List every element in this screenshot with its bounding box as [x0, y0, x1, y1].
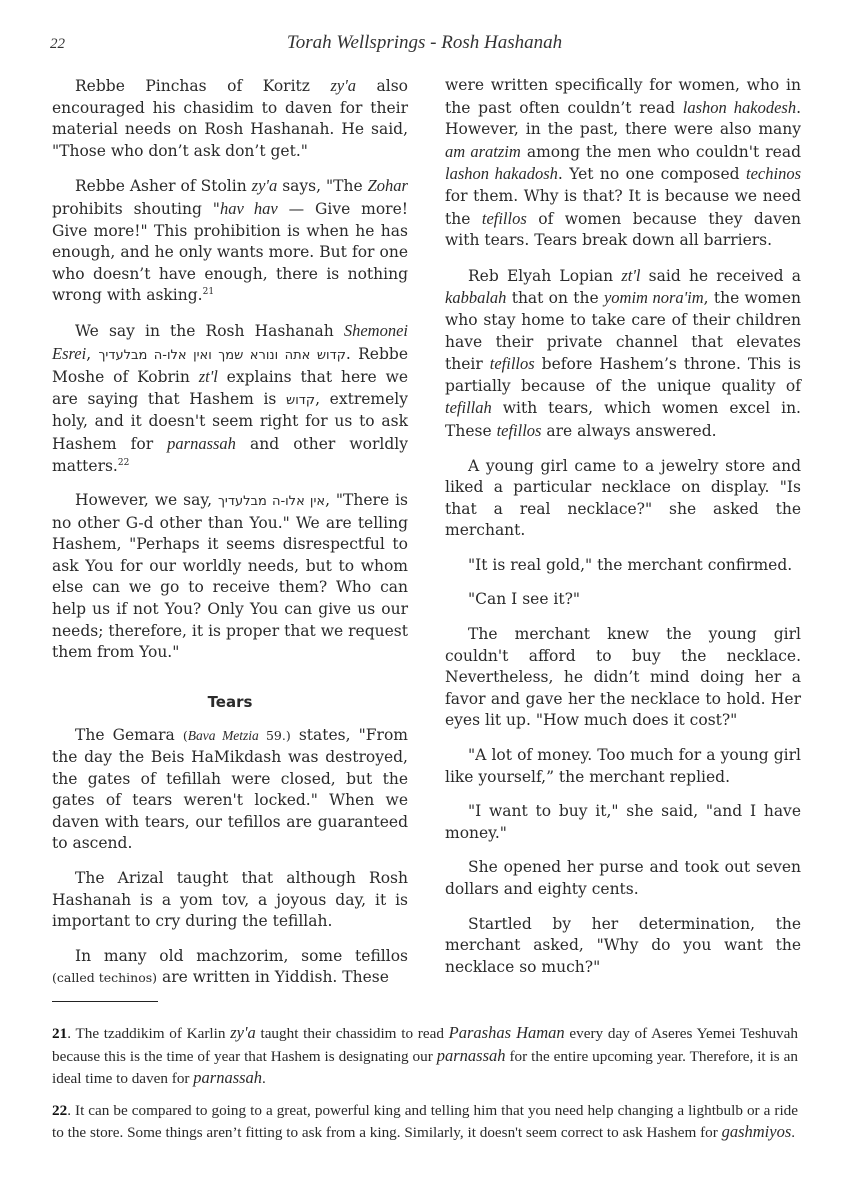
paragraph: In many old machzorim, some tefillos (ca…	[52, 946, 408, 989]
parenthetical: (called techinos)	[52, 970, 157, 985]
italic-text: am aratzim	[445, 142, 521, 161]
paragraph: were written specifically for women, who…	[445, 75, 801, 252]
right-column: were written specifically for women, who…	[445, 75, 801, 991]
text: states, "From the day the Beis HaMikdash…	[52, 726, 408, 852]
text: ,	[86, 345, 98, 363]
text: .	[791, 1124, 795, 1141]
text: . The tzaddikim of Karlin	[67, 1025, 230, 1042]
text: However, we say,	[75, 491, 218, 509]
italic-text: lashon hakodesh	[683, 98, 796, 117]
paragraph: Startled by her determination, the merch…	[445, 914, 801, 979]
text: that on the	[506, 289, 604, 307]
italic-text: tefillos	[497, 421, 542, 440]
italic-text: Bava Metzia	[188, 728, 259, 743]
text: In many old machzorim, some tefillos	[75, 947, 408, 965]
paragraph: Rebbe Asher of Stolin zy'a says, "The Zo…	[52, 175, 408, 307]
hebrew-text: קדוש	[286, 393, 315, 408]
paragraph: "A lot of money. Too much for a young gi…	[445, 745, 801, 788]
paragraph: She opened her purse and took out seven …	[445, 857, 801, 900]
paragraph: The Gemara (Bava Metzia 59.) states, "Fr…	[52, 725, 408, 855]
italic-text: zy'a	[252, 176, 278, 195]
footnote-21: 21. The tzaddikim of Karlin zy'a taught …	[52, 1022, 798, 1090]
italic-text: tefillos	[482, 209, 527, 228]
italic-text: Zohar	[368, 176, 408, 195]
italic-text: zy'a	[230, 1023, 256, 1042]
footnote-divider	[52, 1001, 158, 1002]
paragraph: "Can I see it?"	[445, 589, 801, 611]
italic-text: tefillah	[445, 398, 492, 417]
italic-text: parnassah	[167, 434, 236, 453]
text: Rebbe Asher of Stolin	[75, 177, 252, 195]
italic-text: tefillos	[490, 354, 535, 373]
text: .	[262, 1070, 266, 1087]
footnote-number: 21	[52, 1025, 67, 1042]
text: taught their chassidim to read	[256, 1025, 449, 1042]
italic-text: parnassah	[193, 1068, 262, 1087]
footnote-ref-22[interactable]: 22	[118, 457, 129, 467]
italic-text: yomim nora'im	[604, 288, 704, 307]
italic-text: Parashas Haman	[449, 1023, 565, 1042]
italic-text: zt'l	[199, 367, 218, 386]
italic-text: gashmiyos	[722, 1122, 792, 1141]
section-heading: Tears	[52, 692, 408, 714]
paragraph: The Arizal taught that although Rosh Has…	[52, 868, 408, 933]
italic-text: kabbalah	[445, 288, 506, 307]
italic-text: hav hav	[220, 199, 278, 218]
text: The Gemara	[75, 726, 183, 744]
running-title: Torah Wellsprings - Rosh Hashanah	[0, 32, 849, 54]
left-column: Rebbe Pinchas of Koritz zy'a also encour…	[52, 75, 408, 1002]
hebrew-text: אין אלו-ה מבלעדיך	[218, 494, 325, 509]
text: are always answered.	[541, 422, 716, 440]
footnotes: 21. The tzaddikim of Karlin zy'a taught …	[52, 1022, 798, 1154]
paragraph: We say in the Rosh Hashanah Shemonei Esr…	[52, 320, 408, 477]
text: , "There is no other G-d other than You.…	[52, 491, 408, 661]
italic-text: lashon hakadosh	[445, 164, 558, 183]
italic-text: zt'l	[621, 266, 640, 285]
paragraph: Rebbe Pinchas of Koritz zy'a also encour…	[52, 75, 408, 162]
page-header: 22 Torah Wellsprings - Rosh Hashanah	[0, 32, 849, 58]
text: prohibits shouting "	[52, 200, 220, 218]
text: are written in Yiddish. These	[157, 968, 389, 986]
text: Reb Elyah Lopian	[468, 267, 621, 285]
paragraph: A young girl came to a jewelry store and…	[445, 456, 801, 542]
text: We say in the Rosh Hashanah	[75, 322, 344, 340]
text: . Yet no one composed	[558, 165, 746, 183]
paragraph: Reb Elyah Lopian zt'l said he received a…	[445, 265, 801, 443]
footnote-number: 22	[52, 1102, 67, 1119]
text: . It can be compared to going to a great…	[52, 1102, 798, 1142]
italic-text: zy'a	[330, 76, 356, 95]
italic-text: parnassah	[437, 1046, 506, 1065]
footnote-22: 22. It can be compared to going to a gre…	[52, 1100, 798, 1144]
paragraph: The merchant knew the young girl couldn'…	[445, 624, 801, 732]
citation: (Bava Metzia 59.)	[183, 728, 291, 743]
text: among the men who couldn't read	[521, 143, 801, 161]
hebrew-text: קדוש אתה ונורא שמך ואין אלו-ה מבלעדיך	[98, 348, 345, 363]
footnote-ref-21[interactable]: 21	[203, 287, 214, 297]
text: says, "The	[277, 177, 367, 195]
paragraph: "It is real gold," the merchant confirme…	[445, 555, 801, 577]
paragraph: However, we say, אין אלו-ה מבלעדיך, "The…	[52, 490, 408, 664]
paragraph: "I want to buy it," she said, "and I hav…	[445, 801, 801, 844]
italic-text: techinos	[746, 164, 801, 183]
text: said he received a	[640, 267, 801, 285]
text: Rebbe Pinchas of Koritz	[75, 77, 330, 95]
